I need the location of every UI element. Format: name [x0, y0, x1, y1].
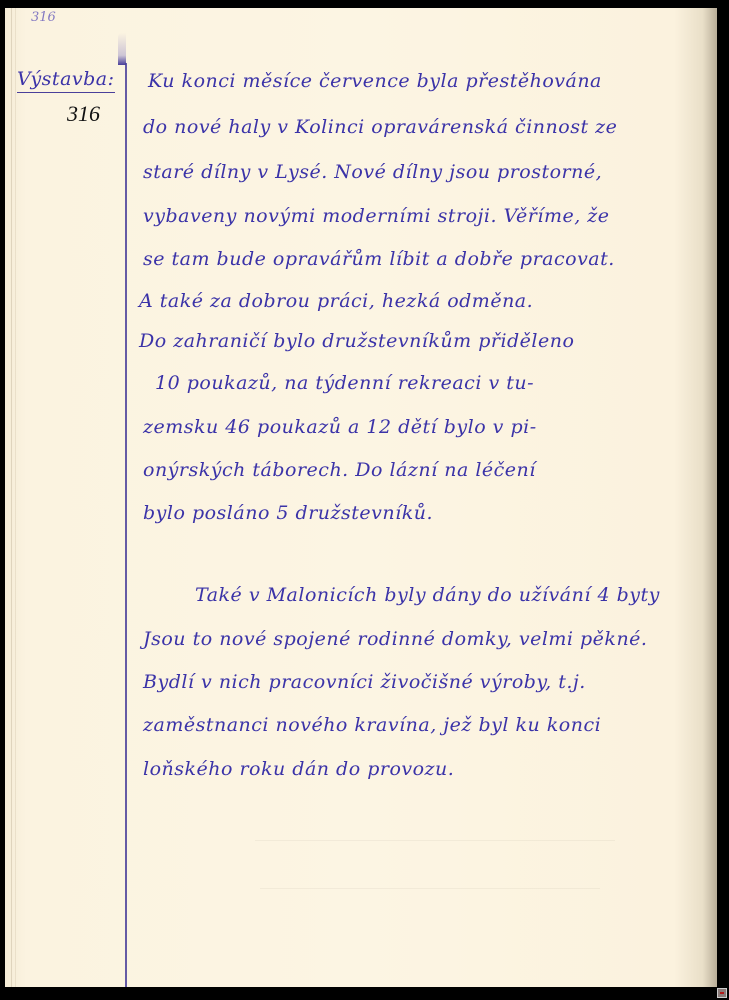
text-line: bylo posláno 5 družstevníků. [143, 502, 433, 524]
text-line: se tam bude opravářům líbit a dobře prac… [143, 248, 615, 270]
bleed-through-mark [255, 840, 615, 841]
top-page-number: 316 [31, 10, 56, 25]
minimize-icon[interactable] [717, 988, 727, 998]
text-line: do nové haly v Kolinci opravárenská činn… [143, 116, 617, 138]
text-line: Do zahraničí bylo družstevníkům přidělen… [139, 330, 574, 352]
text-line: loňského roku dán do provozu. [143, 758, 454, 780]
text-line: Jsou to nové spojené rodinné domky, velm… [143, 628, 647, 650]
margin-rule [125, 63, 127, 987]
document-page: 316 Výstavba: 316 Ku konci měsíce červen… [5, 8, 717, 987]
margin-heading: Výstavba: [17, 68, 115, 93]
text-line: vybaveny novými moderními stroji. Věříme… [143, 205, 610, 227]
margin-rule-top [118, 33, 126, 65]
text-line: onýrských táborech. Do lázní na léčení [143, 459, 536, 481]
text-line: staré dílny v Lysé. Nové dílny jsou pros… [143, 161, 602, 183]
text-line: zemsku 46 poukazů a 12 dětí bylo v pi- [143, 416, 537, 438]
text-line: Také v Malonicích byly dány do užívání 4… [195, 584, 660, 606]
text-line: Ku konci měsíce července byla přestěhová… [148, 70, 602, 92]
text-line: A také za dobrou práci, hezká odměna. [139, 290, 533, 312]
text-line: 10 poukazů, na týdenní rekreaci v tu- [155, 372, 534, 394]
bleed-through-mark [260, 888, 600, 889]
margin-printed-number: 316 [67, 101, 100, 127]
text-line: Bydlí v nich pracovníci živočišné výroby… [143, 671, 586, 693]
text-line: zaměstnanci nového kravína, jež byl ku k… [143, 714, 601, 736]
